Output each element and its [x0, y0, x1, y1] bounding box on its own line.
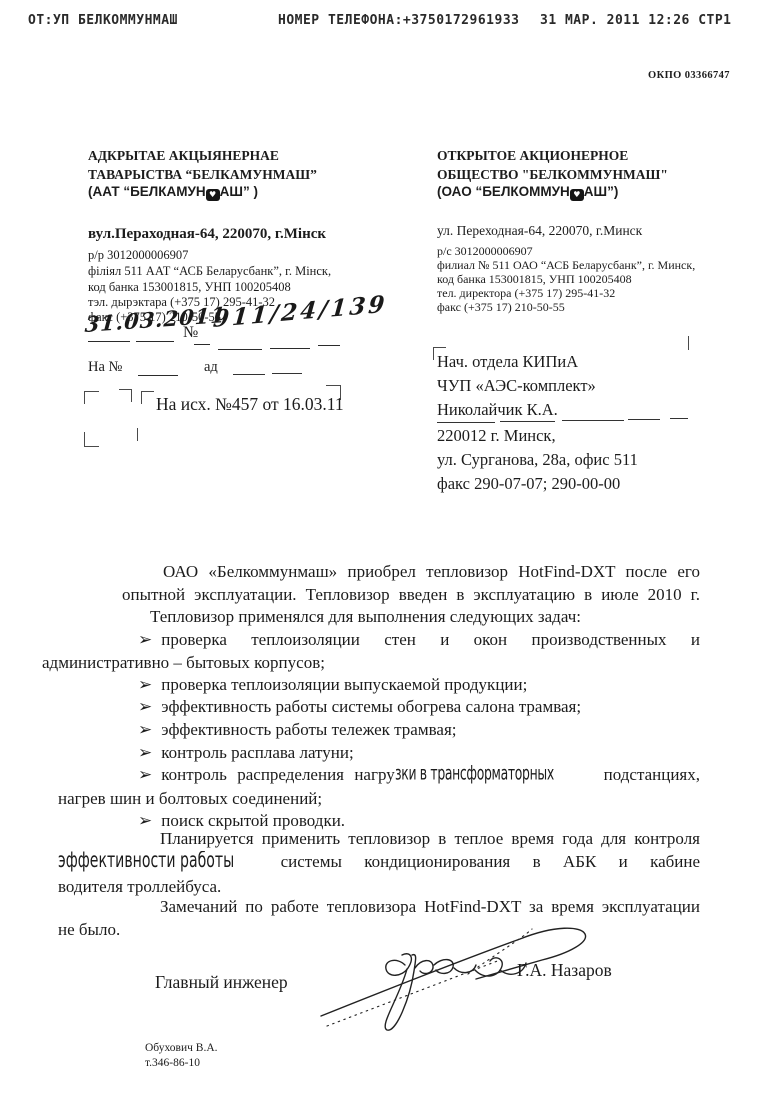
- fax-header-sender: ОТ:УП БЕЛКОММУНМАШ: [28, 13, 178, 28]
- addressee-rule: [437, 422, 495, 423]
- bullet-text: проверка теплоизоляции выпускаемой проду…: [161, 675, 527, 694]
- org-left-street: вул.Пераходная-64, 220070, г.Мінск: [88, 226, 326, 243]
- distorted-text: зки в трансформаторных: [395, 764, 554, 787]
- addressee-rule: [562, 420, 624, 421]
- bullet-text: эффективность работы тележек трамвая;: [161, 720, 456, 739]
- reg-underline: [270, 348, 310, 349]
- addressee-street: ул. Сурганова, 28а, офис 511: [437, 450, 638, 470]
- org-left-name-line2: ТАВАРЫСТВА “БЕЛКАМУНМАШ”: [88, 165, 317, 184]
- bullet-text: проверка теплоизоляции стен и окон произ…: [161, 630, 700, 649]
- corner-mark: [119, 389, 132, 402]
- addressee-position: Нач. отдела КИПиА: [437, 352, 578, 372]
- body-text: системы кондиционирования в АБК и кабине: [281, 852, 700, 871]
- org-left-name-pre: (ААТ “БЕЛКАМУН: [88, 184, 206, 199]
- org-right-codes: код банка 153001815, УНП 100205408: [437, 272, 632, 286]
- reg-underline: [136, 341, 174, 342]
- addressee-fax: факс 290-07-07; 290-00-00: [437, 474, 620, 494]
- bullet-text: контроль расплава латуни;: [161, 743, 353, 762]
- bullet-icon: ➢: [138, 720, 152, 739]
- addressee-name: Николайчик К.А.: [437, 400, 558, 420]
- org-right-name-line3: (ОАО “БЕЛКОММУН♥АШ”): [437, 184, 618, 201]
- body-bullet-line: ➢контроль расплава латуни;: [138, 742, 354, 764]
- reg-underline: [194, 344, 210, 345]
- corner-mark: [84, 432, 99, 447]
- org-right-name-line1: ОТКРЫТОЕ АКЦИОНЕРНОЕ: [437, 146, 628, 165]
- addressee-rule: [500, 421, 555, 422]
- body-line: не было.: [58, 919, 120, 941]
- fax-header-datetime: 31 МАР. 2011 12:26 СТР1: [540, 13, 732, 28]
- org-left-account: р/р 3012000006907: [88, 248, 188, 264]
- corner-mark: [137, 428, 139, 441]
- bullet-icon: ➢: [138, 697, 152, 716]
- body-line: административно – бытовых корпусов;: [42, 652, 325, 674]
- bullet-icon: ➢: [138, 811, 152, 830]
- body-line: Тепловизор применялся для выполнения сле…: [150, 606, 581, 628]
- org-right-bank: филиал № 511 ОАО “АСБ Беларусбанк”, г. М…: [437, 258, 695, 272]
- org-right-street: ул. Переходная-64, 220070, г.Минск: [437, 223, 642, 239]
- body-line: эффективности работы системы кондиционир…: [58, 851, 700, 875]
- addressee-rule: [670, 418, 688, 419]
- bullet-text: контроль распределения нагру: [161, 765, 394, 784]
- body-bullet-line: ➢проверка теплоизоляции стен и окон прои…: [138, 629, 700, 653]
- org-left-bank: філіял 511 ААТ “АСБ Беларусбанк”, г. Мін…: [88, 264, 331, 280]
- na-number-label: На №: [88, 359, 122, 376]
- na-underline: [138, 375, 178, 376]
- distorted-text: эффективности работы: [58, 851, 234, 875]
- body-line: опытной эксплуатации. Тепловизор введен …: [122, 584, 700, 608]
- ad-label: ад: [204, 359, 218, 376]
- body-bullet-line: ➢эффективность работы тележек трамвая;: [138, 719, 457, 741]
- bullet-text: эффективность работы системы обогрева са…: [161, 697, 581, 716]
- corner-mark: [688, 336, 690, 350]
- executor-phone: т.346-86-10: [145, 1057, 200, 1069]
- corner-mark: [141, 391, 154, 404]
- signer-title: Главный инженер: [155, 972, 288, 993]
- reg-underline: [218, 349, 262, 350]
- okpo-code: ОКПО 03366747: [648, 70, 730, 81]
- org-right-name-post: АШ”): [584, 184, 619, 199]
- reg-underline: [318, 345, 340, 346]
- addressee-city: 220012 г. Минск,: [437, 426, 556, 446]
- corner-mark: [84, 391, 99, 404]
- body-line: нагрев шин и болтовых соединений;: [58, 788, 322, 810]
- org-right-name-line2: ОБЩЕСТВО "БЕЛКОММУНМАШ": [437, 165, 668, 184]
- ad-underline: [233, 374, 265, 375]
- signer-name: Г.А. Назаров: [517, 960, 612, 981]
- org-right-fax: факс (+375 17) 210-50-55: [437, 300, 565, 314]
- org-left-name-line1: АДКРЫТАЕ АКЦЫЯНЕРНАЕ: [88, 146, 279, 165]
- bullet-icon: ➢: [138, 630, 152, 649]
- ad-underline: [272, 373, 302, 374]
- org-left-name-line3: (ААТ “БЕЛКАМУН♥АШ” ): [88, 184, 258, 201]
- body-line: водителя троллейбуса.: [58, 876, 221, 898]
- reply-reference: На исх. №457 от 16.03.11: [156, 394, 344, 415]
- addressee-rule: [628, 419, 660, 420]
- body-bullet-line: ➢контроль распределения нагрузки в транс…: [138, 764, 700, 788]
- org-left-name-post: АШ” ): [220, 184, 258, 199]
- scanned-letter-page: ОТ:УП БЕЛКОММУНМАШ НОМЕР ТЕЛЕФОНА:+37501…: [0, 0, 761, 1100]
- belkommunmash-logo-icon: ♥: [570, 189, 584, 201]
- org-right-account: р/с 3012000006907: [437, 244, 533, 258]
- bullet-icon: ➢: [138, 743, 152, 762]
- executor-name: Обухович В.А.: [145, 1042, 218, 1054]
- body-line: Планируется применить тепловизор в тепло…: [160, 828, 700, 852]
- bullet-icon: ➢: [138, 765, 152, 784]
- addressee-company: ЧУП «АЭС-комплект»: [437, 376, 596, 396]
- bullet-text: подстанциях,: [604, 765, 700, 784]
- body-line: ОАО «Белкоммунмаш» приобрел тепловизор H…: [163, 561, 700, 585]
- belkommunmash-logo-icon: ♥: [206, 189, 220, 201]
- org-right-name-pre: (ОАО “БЕЛКОММУН: [437, 184, 570, 199]
- body-bullet-line: ➢эффективность работы системы обогрева с…: [138, 696, 581, 718]
- bullet-icon: ➢: [138, 675, 152, 694]
- org-right-phone: тел. директора (+375 17) 295-41-32: [437, 286, 615, 300]
- org-left-codes: код банка 153001815, УНП 100205408: [88, 280, 291, 296]
- body-bullet-line: ➢проверка теплоизоляции выпускаемой прод…: [138, 674, 527, 696]
- fax-header-phone: НОМЕР ТЕЛЕФОНА:+3750172961933: [278, 13, 519, 28]
- number-sign-label: №: [183, 324, 198, 342]
- reg-underline: [88, 341, 130, 342]
